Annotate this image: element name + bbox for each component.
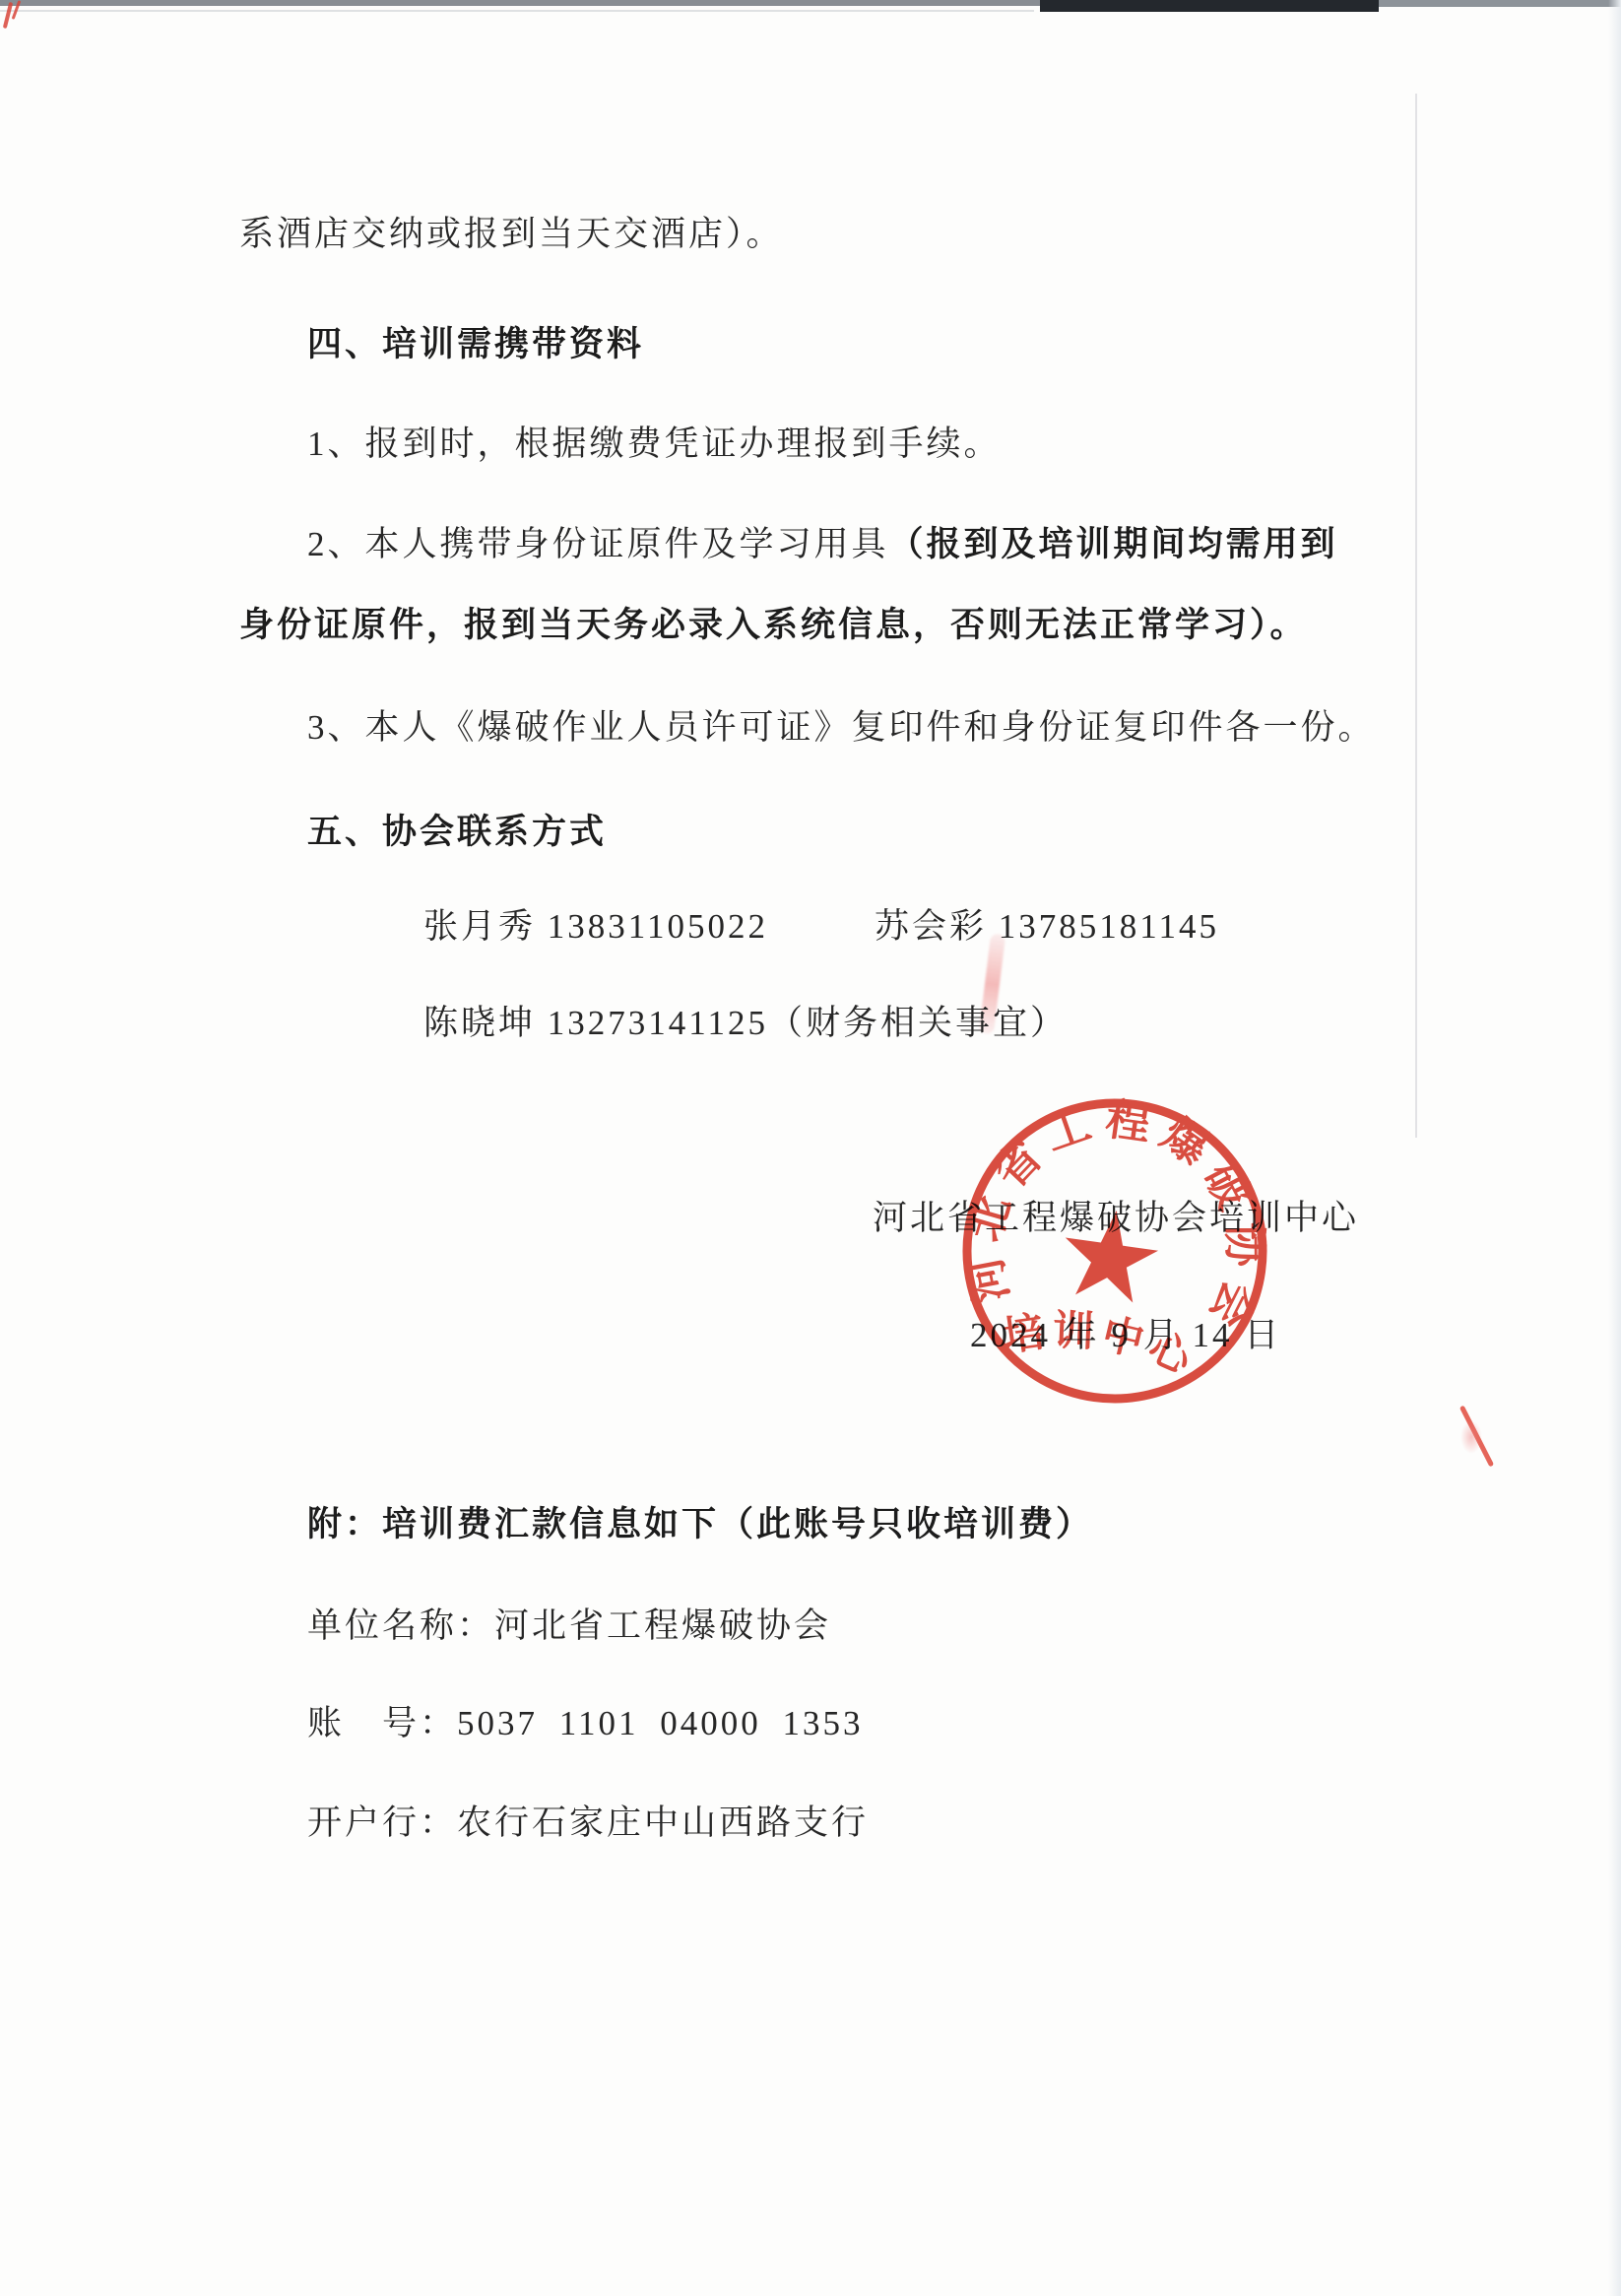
scan-edge-top-right bbox=[1379, 0, 1621, 7]
payee-bank-row: 开户行：农行石家庄中山西路支行 bbox=[307, 1801, 869, 1846]
section5-heading: 五、协会联系方式 bbox=[307, 810, 607, 855]
list-item-2-continued: 身份证原件，报到当天务必录入系统信息，否则无法正常学习）。 bbox=[239, 603, 1308, 648]
scan-edge-hairline bbox=[0, 10, 1034, 12]
scan-edge-top-dark bbox=[1040, 0, 1379, 12]
contact-entry-3: 陈晓坤 13273141125（财务相关事宜） bbox=[423, 1001, 1068, 1046]
star-icon bbox=[1058, 1204, 1163, 1305]
contact-note: （财务相关事宜） bbox=[768, 1004, 1068, 1042]
contact-name: 苏会彩 bbox=[875, 907, 987, 946]
list-item-2-continued-text: 身份证原件，报到当天务必录入系统信息，否则无法正常学习）。 bbox=[239, 606, 1308, 644]
association-stamp: 河北省工程爆破协会 培训中心 bbox=[951, 1087, 1278, 1414]
contact-entry-2: 苏会彩 13785181145 bbox=[875, 904, 1219, 950]
list-item-1: 1、报到时，根据缴费凭证办理报到手续。 bbox=[307, 422, 1002, 467]
paper-fold-line bbox=[1415, 94, 1417, 1138]
list-item-2-normal: 2、本人携带身份证原件及学习用具 bbox=[307, 525, 889, 563]
scanned-document-page: 系酒店交纳或报到当天交酒店）。 四、培训需携带资料 1、报到时，根据缴费凭证办理… bbox=[0, 0, 1621, 2296]
payee-name-row: 单位名称：河北省工程爆破协会 bbox=[307, 1604, 831, 1649]
contact-entry-1: 张月秀 13831105022 bbox=[423, 904, 768, 950]
payee-bank-label: 开户行： bbox=[307, 1804, 457, 1842]
list-item-3: 3、本人《爆破作业人员许可证》复印件和身份证复印件各一份。 bbox=[307, 705, 1376, 751]
contact-phone: 13273141125 bbox=[548, 1004, 768, 1042]
scan-edge-right-shadow bbox=[1608, 0, 1621, 2296]
section4-heading: 四、培训需携带资料 bbox=[307, 322, 644, 367]
list-item-3-text: 3、本人《爆破作业人员许可证》复印件和身份证复印件各一份。 bbox=[307, 708, 1376, 747]
contact-phone: 13785181145 bbox=[999, 907, 1219, 946]
red-ink-streak-smudge bbox=[1460, 1420, 1482, 1454]
payee-account-value: 5037 1101 04000 1353 bbox=[457, 1704, 863, 1742]
payee-account-row: 账 号：5037 1101 04000 1353 bbox=[307, 1701, 863, 1746]
payee-name-value: 河北省工程爆破协会 bbox=[494, 1607, 831, 1645]
wrap-line-text: 系酒店交纳或报到当天交酒店）。 bbox=[239, 215, 784, 253]
list-item-2: 2、本人携带身份证原件及学习用具（报到及培训期间均需用到 bbox=[307, 522, 1338, 567]
contact-name: 张月秀 bbox=[423, 907, 536, 946]
section5-heading-text: 五、协会联系方式 bbox=[307, 813, 607, 851]
section4-heading-text: 四、培训需携带资料 bbox=[307, 325, 644, 363]
contact-name: 陈晓坤 bbox=[423, 1004, 536, 1042]
payee-name-label: 单位名称： bbox=[307, 1607, 494, 1645]
list-item-2-emphasis: （报到及培训期间均需用到 bbox=[889, 525, 1338, 563]
payee-account-label: 账 号： bbox=[307, 1704, 457, 1742]
red-ink-streak bbox=[1460, 1403, 1500, 1472]
payee-bank-value: 农行石家庄中山西路支行 bbox=[457, 1804, 869, 1842]
paragraph-wrap-line: 系酒店交纳或报到当天交酒店）。 bbox=[239, 212, 784, 257]
appendix-heading-text: 附：培训费汇款信息如下（此账号只收培训费） bbox=[307, 1505, 1093, 1543]
contact-phone: 13831105022 bbox=[548, 907, 768, 946]
list-item-1-text: 1、报到时，根据缴费凭证办理报到手续。 bbox=[307, 425, 1002, 463]
appendix-heading: 附：培训费汇款信息如下（此账号只收培训费） bbox=[307, 1502, 1093, 1547]
